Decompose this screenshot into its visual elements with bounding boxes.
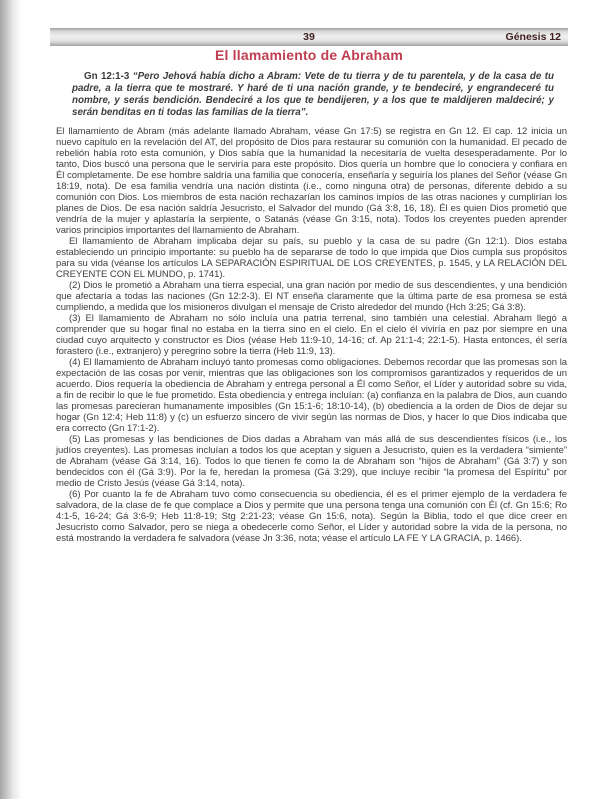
- page-header-bar: 39 Génesis 12: [50, 28, 568, 46]
- body-paragraph: (6) Por cuanto la fe de Abraham tuvo com…: [56, 489, 567, 544]
- book-reference: Génesis 12: [506, 31, 561, 43]
- body-paragraph: (4) El llamamiento de Abraham incluyó ta…: [56, 357, 567, 434]
- quote-reference: Gn 12:1-3: [84, 71, 129, 82]
- article-title: El llamamiento de Abraham: [50, 47, 568, 63]
- body-paragraph: (3) El llamamiento de Abraham no sólo in…: [56, 313, 567, 357]
- article-body: El llamamiento de Abram (más adelante ll…: [56, 126, 567, 544]
- page-gutter-shadow: [0, 0, 22, 799]
- body-paragraph: El llamamiento de Abraham implicaba deja…: [56, 236, 567, 280]
- body-paragraph: El llamamiento de Abram (más adelante ll…: [56, 126, 567, 236]
- quote-text: “Pero Jehová había dicho a Abram: Vete d…: [72, 71, 554, 118]
- body-paragraph: (5) Las promesas y las bendiciones de Di…: [56, 434, 567, 489]
- page-number: 39: [50, 31, 568, 43]
- body-paragraph: (2) Dios le prometió a Abraham una tierr…: [56, 280, 567, 313]
- scripture-quote: Gn 12:1-3 “Pero Jehová había dicho a Abr…: [72, 71, 554, 119]
